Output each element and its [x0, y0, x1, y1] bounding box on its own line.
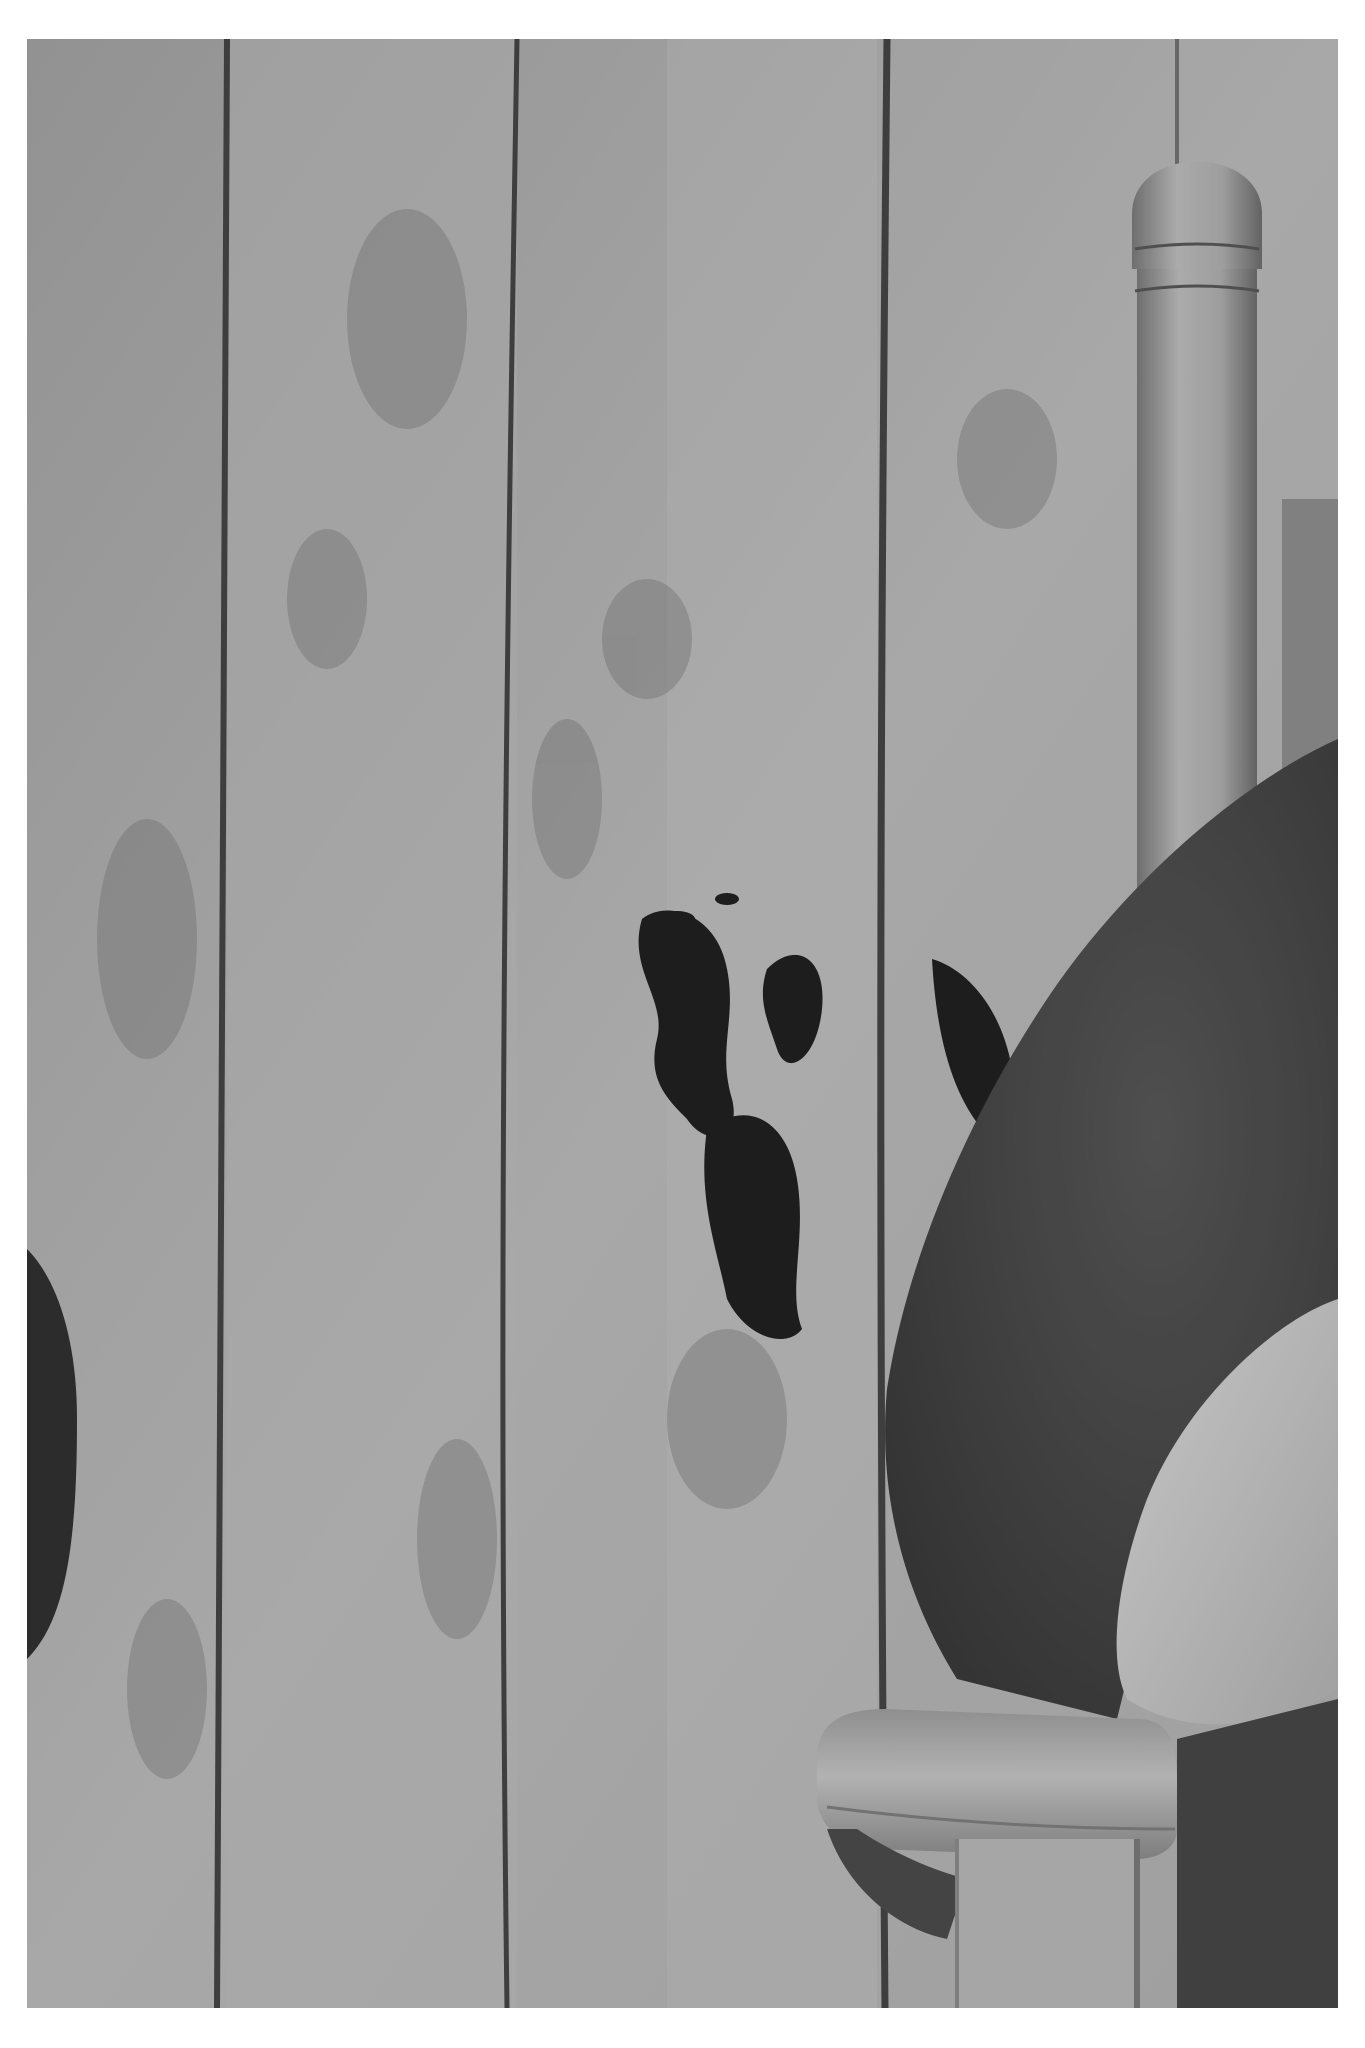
photograph: Black-and-white photograph: weathered ve… [27, 39, 1338, 2008]
photo-canvas [27, 39, 1338, 2008]
